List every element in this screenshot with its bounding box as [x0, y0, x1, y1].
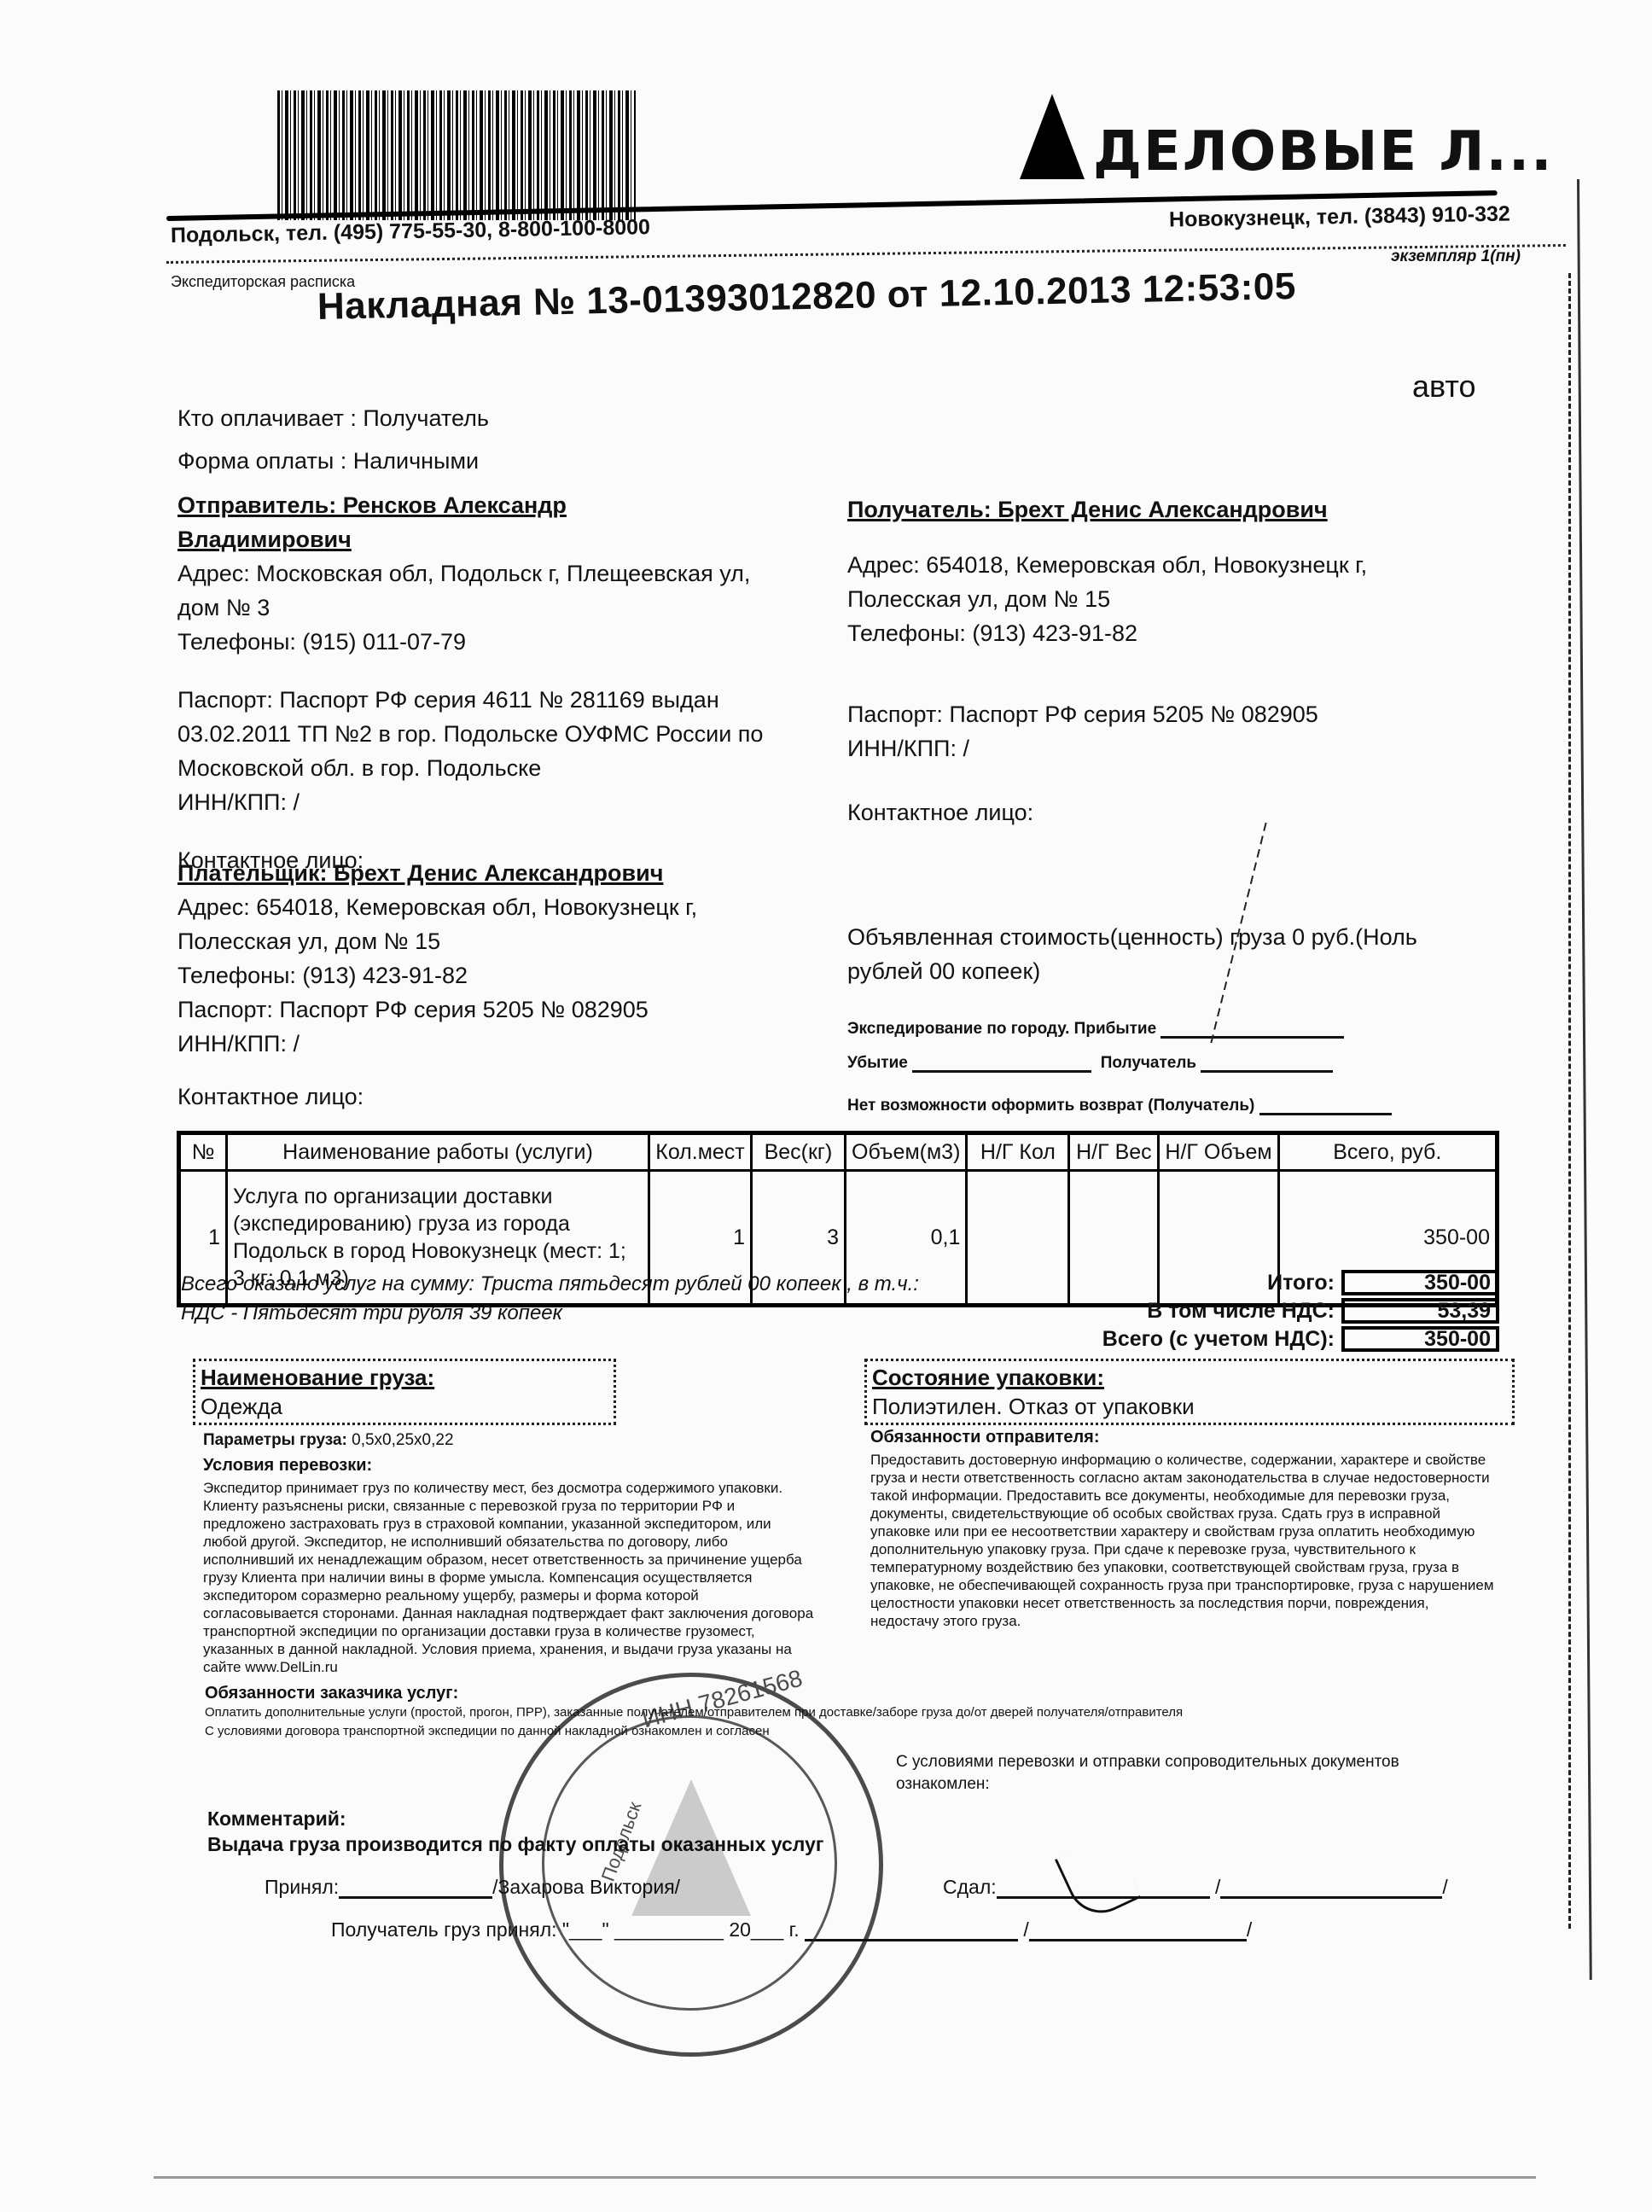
col-ng-weight: Н/Г Вес	[1069, 1133, 1159, 1171]
forwarding-recipient-field[interactable]	[1201, 1051, 1333, 1073]
payer-phones: Телефоны: (913) 423-91-82	[177, 958, 800, 992]
payer-inn: ИНН/КПП: /	[177, 1027, 800, 1061]
logo-text: ДЕЛОВЫЕ Л...	[1093, 125, 1553, 179]
waybill-title: Накладная № 13-01393012820 от 12.10.2013…	[317, 265, 1296, 329]
sender-inn: ИНН/КПП: /	[177, 785, 800, 819]
recipient-inn: ИНН/КПП: /	[847, 731, 1496, 765]
payer-passport: Паспорт: Паспорт РФ серия 5205 № 082905	[177, 992, 800, 1027]
sender-block: Отправитель: Ренсков Александр Владимиро…	[177, 488, 800, 877]
conditions-title: Условия перевозки:	[203, 1453, 372, 1477]
sender-passport: Паспорт: Паспорт РФ серия 4611 № 281169 …	[177, 683, 809, 785]
payer-title: Плательщик: Брехт Денис Александрович	[177, 856, 800, 890]
who-pays: Кто оплачивает : Получатель	[177, 401, 800, 435]
recipient-title: Получатель: Брехт Денис Александрович	[847, 492, 1496, 527]
col-ng-qty: Н/Г Кол	[967, 1133, 1069, 1171]
no-return: Нет возможности оформить возврат (Получа…	[847, 1094, 1496, 1115]
company-stamp: ИНН 78261568 Подольск	[499, 1673, 883, 2057]
payment-form: Форма оплаты : Наличными	[177, 444, 800, 478]
transport-type: авто	[1412, 369, 1475, 405]
city-forwarding-departure: Убытие Получатель	[847, 1051, 1496, 1073]
sender-address: Адрес: Московская обл, Подольск г, Плеще…	[177, 556, 775, 625]
vat-value: 53,39	[1341, 1298, 1499, 1324]
handed-name-field[interactable]	[1220, 1877, 1442, 1899]
itogo-value: 350-00	[1341, 1270, 1499, 1295]
sum-in-words: Всего оказано услуг на сумму: Триста пят…	[181, 1270, 949, 1328]
company-logo: ДЕЛОВЫЕ Л...	[1020, 94, 1553, 179]
payer-block: Плательщик: Брехт Денис Александрович Ад…	[177, 856, 800, 1114]
payer-address: Адрес: 654018, Кемеровская обл, Новокузн…	[177, 890, 775, 958]
page-bottom-edge	[154, 2176, 1536, 2179]
departure-field[interactable]	[912, 1051, 1091, 1073]
cargo-name-box: Наименование груза: Одежда	[193, 1359, 616, 1425]
sender-title-1: Отправитель: Ренсков Александр	[177, 488, 800, 522]
col-total: Всего, руб.	[1278, 1133, 1497, 1171]
payer-contact: Контактное лицо:	[177, 1080, 800, 1114]
packaging-box: Состояние упаковки: Полиэтилен. Отказ от…	[864, 1359, 1515, 1425]
no-return-field[interactable]	[1259, 1094, 1392, 1115]
handed-signature: Сдал: //	[943, 1876, 1448, 1899]
cargo-name: Одежда	[201, 1392, 608, 1421]
total-with-vat-value: 350-00	[1341, 1326, 1499, 1352]
cargo-params: Параметры груза: 0,5x0,25x0,22	[203, 1431, 454, 1450]
recipient-block: Получатель: Брехт Денис Александрович Ад…	[847, 492, 1496, 829]
table-header-row: № Наименование работы (услуги) Кол.мест …	[179, 1133, 1498, 1171]
arrival-field[interactable]	[1160, 1017, 1344, 1039]
conditions-text: Экспедитор принимает груз по количеству …	[203, 1479, 817, 1676]
col-places: Кол.мест	[649, 1133, 752, 1171]
sender-duties-title: Обязанности отправителя:	[870, 1425, 1099, 1449]
recipient-phones: Телефоны: (913) 423-91-82	[847, 616, 1496, 650]
header-dotted-rule	[166, 244, 1566, 264]
sender-title-2: Владимирович	[177, 522, 800, 556]
declared-value: Объявленная стоимость(ценность) груза 0 …	[847, 920, 1496, 988]
totals-block: Итого:350-00 В том числе НДС:53,39 Всего…	[1056, 1270, 1499, 1354]
acknowledgement: С условиями перевозки и отправки сопрово…	[896, 1751, 1442, 1796]
col-ng-volume: Н/Г Объем	[1159, 1133, 1278, 1171]
comment-label: Комментарий:	[207, 1807, 346, 1831]
packaging-value: Полиэтилен. Отказ от упаковки	[872, 1392, 1507, 1421]
logo-triangle-icon	[1020, 94, 1085, 179]
stamp-logo-icon	[631, 1779, 751, 1916]
sender-duties-text: Предоставить достоверную информацию о ко…	[870, 1451, 1498, 1630]
col-number: №	[179, 1133, 227, 1171]
handwritten-check-icon	[1055, 1833, 1141, 1924]
city-forwarding-arrival: Экспедирование по городу. Прибытие	[847, 1017, 1496, 1039]
col-weight: Вес(кг)	[752, 1133, 846, 1171]
sender-phones: Телефоны: (915) 011-07-79	[177, 625, 800, 659]
customer-duties-title: Обязанности заказчика услуг:	[205, 1681, 458, 1705]
recipient-address: Адрес: 654018, Кемеровская обл, Новокузн…	[847, 548, 1462, 616]
received-name-field[interactable]	[1029, 1920, 1247, 1941]
torn-paper-edge	[1577, 179, 1592, 1980]
accepted-signature-field[interactable]	[339, 1877, 492, 1899]
recipient-contact: Контактное лицо:	[847, 795, 1496, 829]
copy-label: экземпляр 1(пн)	[1391, 247, 1521, 266]
perforation-line	[1568, 273, 1571, 1929]
destination-branch-phone: Новокузнецк, тел. (3843) 910-332	[1169, 202, 1510, 233]
origin-branch-phone: Подольск, тел. (495) 775-55-30, 8-800-10…	[171, 215, 650, 248]
col-volume: Объем(м3)	[846, 1133, 967, 1171]
col-service-name: Наименование работы (услуги)	[227, 1133, 649, 1171]
barcode	[277, 90, 636, 220]
recipient-passport: Паспорт: Паспорт РФ серия 5205 № 082905	[847, 697, 1496, 731]
